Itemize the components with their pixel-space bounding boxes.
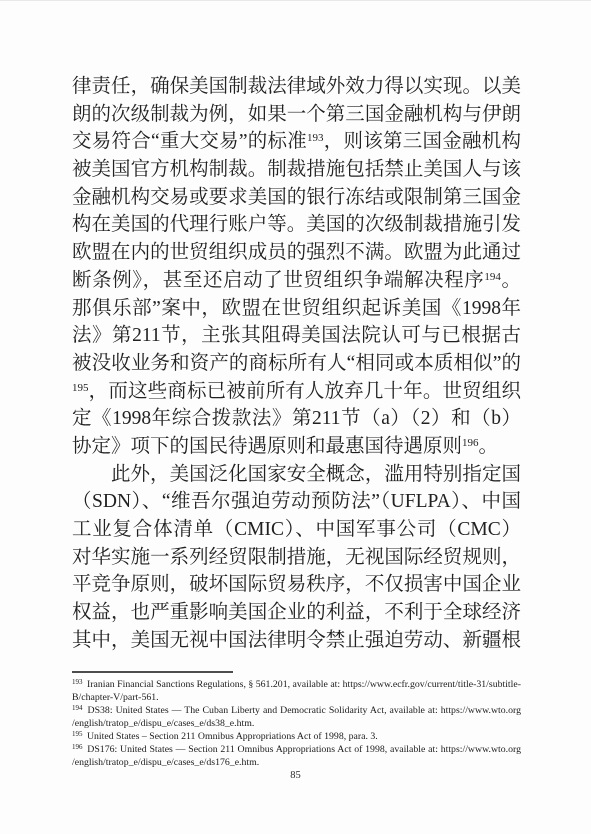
text-line: 被美国官方机构制裁。制裁措施包括禁止美国人与该第三国 [72, 156, 521, 184]
text-line: 法》第211节，主张其阻碍美国法院认可与已根据古巴法律 [72, 322, 521, 350]
footnote-number: 193 [72, 678, 83, 686]
footnote-number: 196 [72, 743, 83, 751]
document-page: 律责任，确保美国制裁法律域外效力得以实现。以美国对伊朗的次级制裁为例，如果一个第… [0, 0, 591, 834]
text-line: 协定》项下的国民待遇原则和最惠国待遇原则196。 [72, 433, 521, 461]
text-line: 工业复合体清单（CMIC）、中国军事公司（CMC）等清单， [72, 516, 521, 544]
footnote-ref: 196 [462, 437, 479, 449]
text-line: 195，而这些商标已被前所有人放弃几十年。世贸组织DSB认 [72, 378, 521, 406]
text-line: 被没收业务和资产的商标所有人“相同或本质相似”的商标 [72, 350, 521, 378]
footnote: 193 Iranian Financial Sanctions Regulati… [72, 678, 521, 704]
footnote-number: 194 [72, 704, 83, 712]
footnote-separator [72, 671, 233, 673]
text-line: 欧盟在内的世贸组织成员的强烈不满。欧盟为此通过了《阻 [72, 239, 521, 267]
text-line: 交易符合“重大交易”的标准193，则该第三国金融机构可能会 [72, 128, 521, 156]
main-text: 律责任，确保美国制裁法律域外效力得以实现。以美国对伊朗的次级制裁为例，如果一个第… [72, 73, 521, 654]
text-line: 其中，美国无视中国法律明令禁止强迫劳动、新疆根本不存 [72, 627, 521, 655]
text-line: 此外，美国泛化国家安全概念，滥用特别指定国民清单 [72, 461, 521, 489]
footnote-ref: 195 [72, 382, 89, 394]
page-number: 85 [0, 770, 591, 781]
text-line: 金融机构交易或要求美国的银行冻结或限制第三国金融机 [72, 184, 521, 212]
footnote: 196 DS176: United States — Section 211 O… [72, 743, 521, 769]
footnotes: 193 Iranian Financial Sanctions Regulati… [72, 678, 521, 769]
footnote-ref: 194 [484, 271, 501, 283]
footnote: 195 United States – Section 211 Omnibus … [72, 730, 521, 743]
text-line: 对华实施一系列经贸限制措施，无视国际经贸规则，违反公 [72, 544, 521, 572]
text-line: 构在美国的代理行账户等。美国的次级制裁措施引发了包括 [72, 211, 521, 239]
footnote-ref: 193 [307, 132, 324, 144]
text-line: 平竞争原则，破坏国际贸易秩序，不仅损害中国企业的正当 [72, 571, 521, 599]
text-line: （SDN）、“维吾尔强迫劳动预防法”（UFLPA）、中国军事 [72, 488, 521, 516]
text-line: 断条例》，甚至还启动了世贸组织争端解决程序194。在“哈瓦 [72, 267, 521, 295]
text-line: 定《1998年综合拨款法》第211节（a）（2）和（b）违反《TRIPS [72, 405, 521, 433]
text-line: 权益，也严重影响美国企业的利益，不利于全球经济复苏。 [72, 599, 521, 627]
footnote: 194 DS38: United States — The Cuban Libe… [72, 704, 521, 730]
footnote-number: 195 [72, 730, 83, 738]
text-line: 朗的次级制裁为例，如果一个第三国金融机构与伊朗之间的 [72, 101, 521, 129]
text-line: 那俱乐部”案中，欧盟在世贸组织起诉美国《1998年综合拨款 [72, 295, 521, 323]
text-line: 律责任，确保美国制裁法律域外效力得以实现。以美国对伊 [72, 73, 521, 101]
